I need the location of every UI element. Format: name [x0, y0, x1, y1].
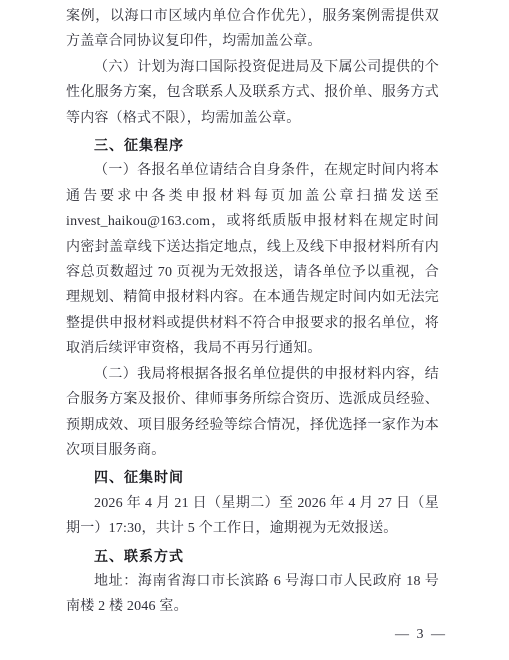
text-line: （一）各报名单位请结合自身条件，在规定时间内将本 — [66, 158, 439, 183]
text-line: （二）我局将根据各报名单位提供的申报材料内容，结 — [66, 362, 439, 387]
text-line: 内密封盖章线下送达指定地点，线上及线下申报材料所有内 — [66, 235, 439, 260]
text-line: 期一）17:30，共计 5 个工作日，逾期视为无效报送。 — [66, 516, 439, 541]
section-heading: 三、征集程序 — [66, 133, 439, 158]
text-line: 整提供申报材料或提供材料不符合申报要求的报名单位，将 — [66, 311, 439, 336]
section-heading: 五、联系方式 — [66, 544, 439, 569]
text-line: 次项目服务商。 — [66, 438, 439, 463]
text-line: 方盖章合同协议复印件，均需加盖公章。 — [66, 29, 439, 54]
text-line: 取消后续评审资格，我局不再另行通知。 — [66, 336, 439, 361]
text-line: 通告要求中各类申报材料每页加盖公章扫描发送至 — [66, 184, 439, 209]
text-line: 2026 年 4 月 21 日（星期二）至 2026 年 4 月 27 日（星 — [66, 491, 439, 516]
text-line: 案例，以海口市区域内单位合作优先），服务案例需提供双 — [66, 4, 439, 29]
text-line: （六）计划为海口国际投资促进局及下属公司提供的个 — [66, 55, 439, 80]
text-line: 预期成效、项目服务经验等综合情况，择优选择一家作为本 — [66, 413, 439, 438]
text-line: 南楼 2 楼 2046 室。 — [66, 594, 439, 619]
document-body: 案例，以海口市区域内单位合作优先），服务案例需提供双方盖章合同协议复印件，均需加… — [66, 4, 439, 620]
document-page: 案例，以海口市区域内单位合作优先），服务案例需提供双方盖章合同协议复印件，均需加… — [0, 0, 509, 660]
text-line: 地址：海南省海口市长滨路 6 号海口市人民政府 18 号 — [66, 569, 439, 594]
page-number: — 3 — — [395, 627, 447, 642]
text-line: invest_haikou@163.com，或将纸质版申报材料在规定时间 — [66, 209, 439, 234]
text-line: 性化服务方案，包含联系人及联系方式、报价单、服务方式 — [66, 80, 439, 105]
section-heading: 四、征集时间 — [66, 465, 439, 490]
text-line: 合服务方案及报价、律师事务所综合资历、选派成员经验、 — [66, 387, 439, 412]
page-footer: — 3 — — [395, 626, 447, 644]
text-line: 容总页数超过 70 页视为无效报送，请各单位予以重视，合 — [66, 260, 439, 285]
text-line: 等内容（格式不限），均需加盖公章。 — [66, 106, 439, 131]
text-line: 理规划、精简申报材料内容。在本通告规定时间内如无法完 — [66, 285, 439, 310]
